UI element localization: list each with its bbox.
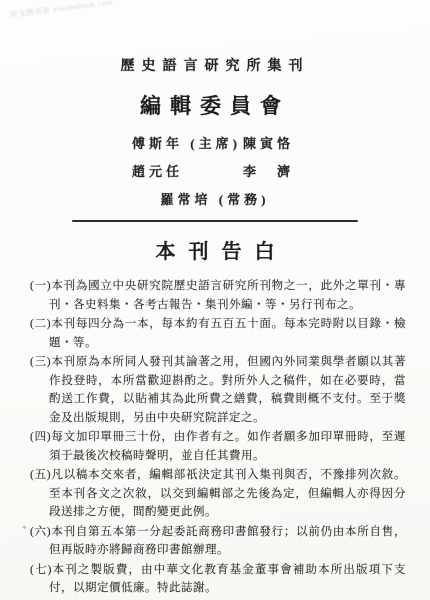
notice-item-7: (七)本刊之製版費，由中華文化教育基金董事會補助本所出版項下支付，以期定價低廉。… bbox=[30, 561, 406, 598]
member-row: 趙元任 李 濟 bbox=[0, 158, 430, 186]
item-text: 本刊為國立中央研究院歷史語言研究所刊物之一，此外之單刊・專刊・各史料集・各考古報… bbox=[49, 280, 406, 311]
member-name-chairman: 傅斯年 (主席) bbox=[132, 130, 241, 158]
item-text: 本刊每四分為一本，每本約有五百五十面。每本完時附以目錄・檢題・等。 bbox=[49, 318, 406, 349]
notice-item-1: (一)本刊為國立中央研究院歷史語言研究所刊物之一，此外之單刊・專刊・各史料集・各… bbox=[30, 277, 406, 314]
item-text: 本刊自第五本第一分起委託商務印書館發行；以前仍由本所自售，但再版時亦將歸商務印書… bbox=[49, 526, 406, 557]
scanned-document-page: 时文图书馆 xinshubook.com 歷史語言研究所集刊 編輯委員會 傅斯年… bbox=[0, 0, 430, 600]
notice-item-6: *(六)本刊自第五本第一分起委託商務印書館發行；以前仍由本所自售，但再版時亦將歸… bbox=[30, 523, 406, 560]
item-text: 本刊原為本所同人發刊其論著之用，但國內外同業與學者願以其著作投登時，本所當歡迎斟… bbox=[49, 356, 406, 424]
editorial-members-list: 傅斯年 (主席) 陳寅恪 趙元任 李 濟 羅常培 (常務) bbox=[0, 130, 430, 214]
notice-title: 本刊告白 bbox=[0, 235, 430, 264]
notice-body: (一)本刊為國立中央研究院歷史語言研究所刊物之一，此外之單刊・專刊・各史料集・各… bbox=[0, 277, 430, 598]
item-marker: (四) bbox=[30, 431, 51, 443]
margin-asterisk-mark: * bbox=[22, 520, 27, 539]
committee-title: 編輯委員會 bbox=[0, 90, 430, 120]
item-marker: (五) bbox=[30, 469, 51, 481]
notice-item-2: (二)本刊每四分為一本，每本約有五百五十面。每本完時附以目錄・檢題・等。 bbox=[30, 315, 406, 352]
horizontal-divider bbox=[72, 220, 358, 222]
member-name: 趙元任 bbox=[132, 158, 183, 186]
item-marker: (一) bbox=[30, 280, 51, 292]
notice-item-4: (四)每文加印單冊三十份，由作者有之。如作者願多加印單冊時，至遲須于最後次校稿時… bbox=[30, 428, 406, 465]
notice-item-3: (三)本刊原為本所同人發刊其論著之用，但國內外同業與學者願以其著作投登時，本所當… bbox=[30, 353, 406, 427]
item-text: 凡以稿本交來者，編輯部祇決定其刊入集刊與否，不豫排列次敘。至本刊各文之次敘，以交… bbox=[49, 469, 406, 518]
item-marker: (二) bbox=[30, 318, 51, 330]
item-text: 每文加印單冊三十份，由作者有之。如作者願多加印單冊時，至遲須于最後次校稿時聲明，… bbox=[49, 431, 406, 462]
member-row: 傅斯年 (主席) 陳寅恪 bbox=[0, 130, 430, 158]
notice-item-5: (五)凡以稿本交來者，編輯部祇決定其刊入集刊與否，不豫排列次敘。至本刊各文之次敘… bbox=[30, 466, 406, 522]
member-name: 李 濟 bbox=[243, 158, 294, 186]
item-marker: (三) bbox=[30, 356, 51, 368]
member-row: 羅常培 (常務) bbox=[0, 186, 430, 214]
member-name-executive: 羅常培 (常務) bbox=[161, 186, 270, 214]
item-text: 本刊之製版費，由中華文化教育基金董事會補助本所出版項下支付，以期定價低廉。特此誌… bbox=[49, 564, 406, 595]
item-marker: (七) bbox=[30, 564, 52, 576]
item-marker: (六) bbox=[30, 526, 51, 538]
member-name: 陳寅恪 bbox=[243, 130, 294, 158]
